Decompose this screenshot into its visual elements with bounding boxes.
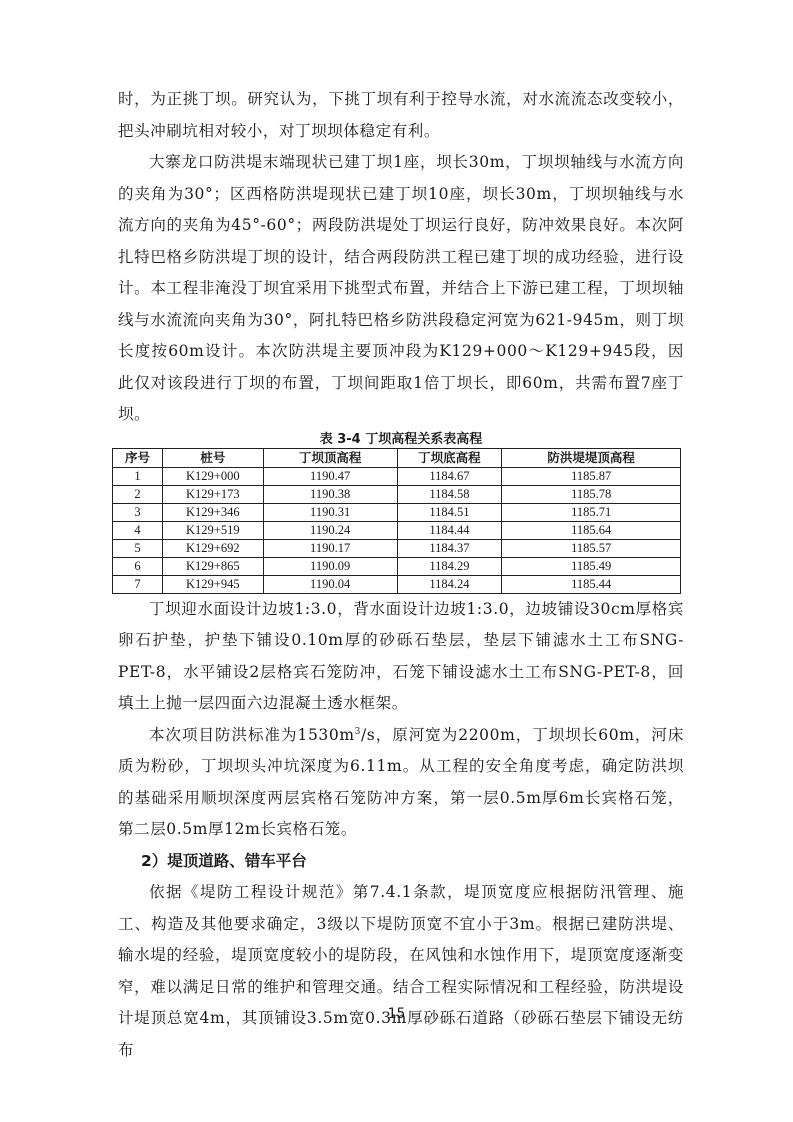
cell: K129+945: [162, 575, 263, 593]
cell: 1184.37: [397, 539, 502, 557]
table-row: 1 K129+000 1190.47 1184.67 1185.87: [113, 467, 681, 485]
cell: 1190.47: [263, 467, 397, 485]
cell: 1184.29: [397, 557, 502, 575]
paragraph-continuation: 时，为正挑丁坝。研究认为，下挑丁坝有利于控导水流，对水流流态改变较小，把头冲刷坑…: [118, 84, 684, 147]
cell: 7: [113, 575, 163, 593]
cell: 4: [113, 521, 163, 539]
cell: 1184.24: [397, 575, 502, 593]
cell: K129+865: [162, 557, 263, 575]
dam-elevation-table: 序号 桩号 丁坝顶高程 丁坝底高程 防洪堤堤顶高程 1 K129+000 119…: [112, 448, 681, 594]
cell: 1184.67: [397, 467, 502, 485]
cell: 1185.78: [502, 485, 681, 503]
cell: K129+173: [162, 485, 263, 503]
paragraph-crest-road: 依据《堤防工程设计规范》第7.4.1条款，堤顶宽度应根据防汛管理、施工、构造及其…: [118, 877, 684, 1066]
cell: 1: [113, 467, 163, 485]
cell: 1184.44: [397, 521, 502, 539]
table-row: 6 K129+865 1190.09 1184.29 1185.49: [113, 557, 681, 575]
cell: K129+000: [162, 467, 263, 485]
cell: K129+692: [162, 539, 263, 557]
cell: 1184.58: [397, 485, 502, 503]
cell: 1185.49: [502, 557, 681, 575]
paragraph-flood-standard: 本次项目防洪标准为1530m3/s，原河宽为2200m，丁坝坝长60m，河床质为…: [118, 720, 684, 846]
cell: 3: [113, 503, 163, 521]
cell: 2: [113, 485, 163, 503]
table-row: 3 K129+346 1190.31 1184.51 1185.71: [113, 503, 681, 521]
page-number: 15: [0, 1006, 793, 1022]
cell: K129+346: [162, 503, 263, 521]
section-heading: 2）堤顶道路、错车平台: [118, 846, 684, 878]
cell: 1190.38: [263, 485, 397, 503]
cell: 1190.04: [263, 575, 397, 593]
cell: 1185.87: [502, 467, 681, 485]
table-header-row: 序号 桩号 丁坝顶高程 丁坝底高程 防洪堤堤顶高程: [113, 448, 681, 467]
cell: 1184.51: [397, 503, 502, 521]
header-levee-crest-elevation: 防洪堤堤顶高程: [502, 448, 681, 467]
cell: 1190.24: [263, 521, 397, 539]
header-station: 桩号: [162, 448, 263, 467]
table-row: 2 K129+173 1190.38 1184.58 1185.78: [113, 485, 681, 503]
table-caption: 表 3-4 丁坝高程关系表高程: [118, 432, 684, 448]
table-row: 4 K129+519 1190.24 1184.44 1185.64: [113, 521, 681, 539]
document-page: 时，为正挑丁坝。研究认为，下挑丁坝有利于控导水流，对水流流态改变较小，把头冲刷坑…: [118, 84, 684, 1066]
cell: 1185.44: [502, 575, 681, 593]
table-row: 7 K129+945 1190.04 1184.24 1185.44: [113, 575, 681, 593]
cell: 1185.57: [502, 539, 681, 557]
header-bottom-elevation: 丁坝底高程: [397, 448, 502, 467]
cell: 6: [113, 557, 163, 575]
cell: 1190.31: [263, 503, 397, 521]
cell: 1185.71: [502, 503, 681, 521]
header-index: 序号: [113, 448, 163, 467]
paragraph-slope-design: 丁坝迎水面设计边坡1:3.0，背水面设计边坡1:3.0，边坡铺设30cm厚格宾卵…: [118, 594, 684, 720]
cell: 1190.09: [263, 557, 397, 575]
text-segment: 本次项目防洪标准为1530m: [149, 726, 355, 744]
header-top-elevation: 丁坝顶高程: [263, 448, 397, 467]
table-row: 5 K129+692 1190.17 1184.37 1185.57: [113, 539, 681, 557]
cell: K129+519: [162, 521, 263, 539]
cell: 5: [113, 539, 163, 557]
cell: 1190.17: [263, 539, 397, 557]
cell: 1185.64: [502, 521, 681, 539]
paragraph-existing-dams: 大寨龙口防洪堤末端现状已建丁坝1座，坝长30m，丁坝坝轴线与水流方向的夹角为30…: [118, 147, 684, 431]
